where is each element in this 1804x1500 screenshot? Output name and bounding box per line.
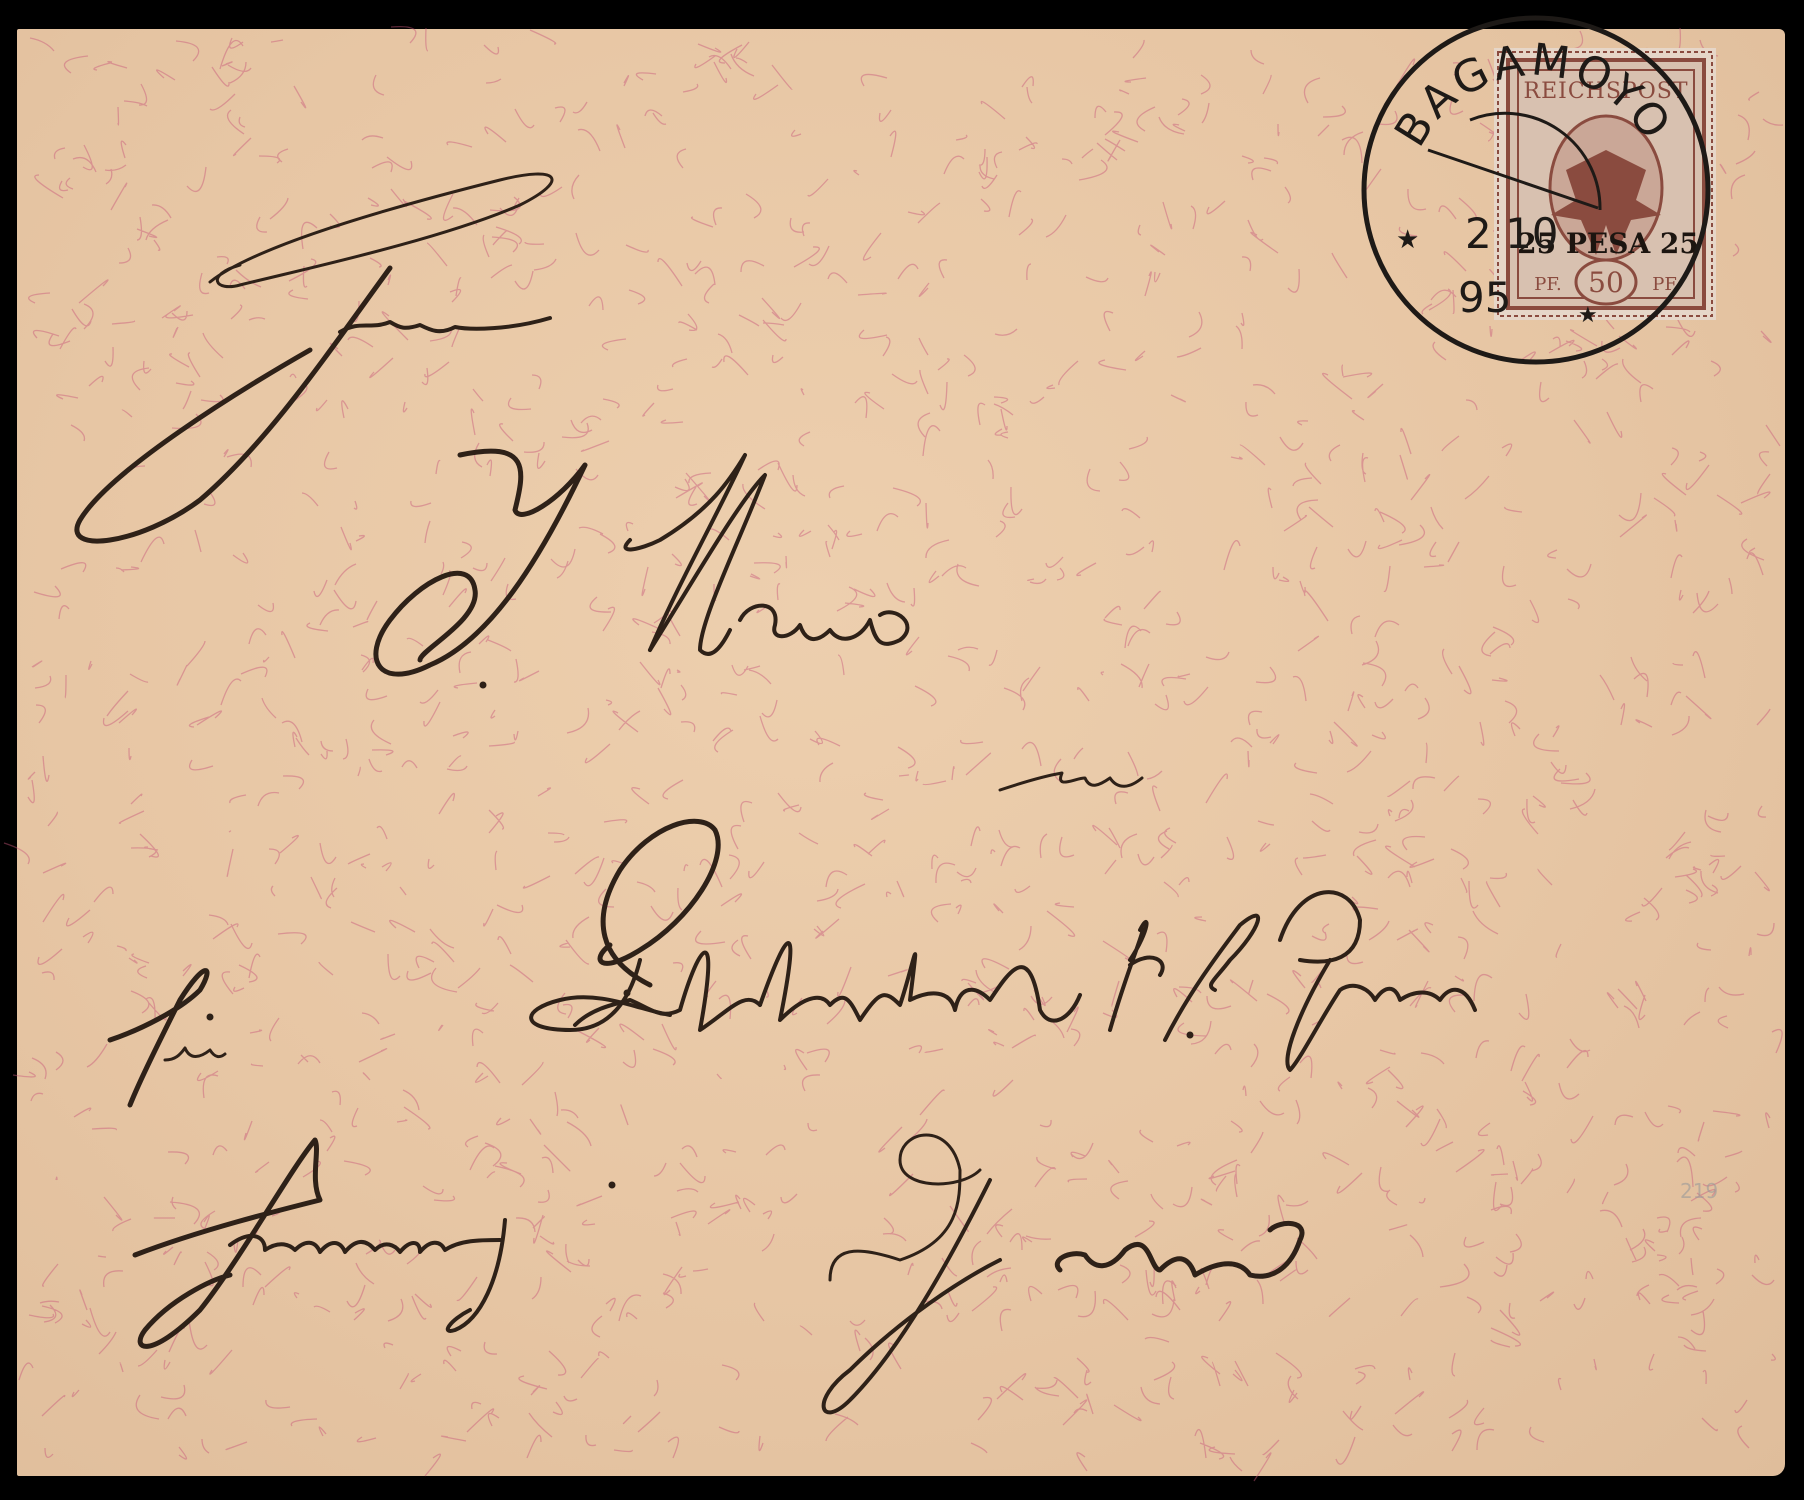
svg-text:★: ★ (1578, 303, 1598, 328)
stamp-value: 50 (1588, 266, 1624, 299)
postmark-year: 95 (1458, 273, 1511, 322)
postmark-date: 2 10 (1465, 209, 1559, 258)
svg-text:★: ★ (1396, 225, 1419, 255)
pencil-note: 219 (1680, 1179, 1718, 1203)
stamp-unit-left: PF. (1534, 274, 1562, 295)
postal-markings: REICHSPOST 50 PF. PF. 25 PESA 25 BAGAMOY… (0, 0, 1804, 1500)
